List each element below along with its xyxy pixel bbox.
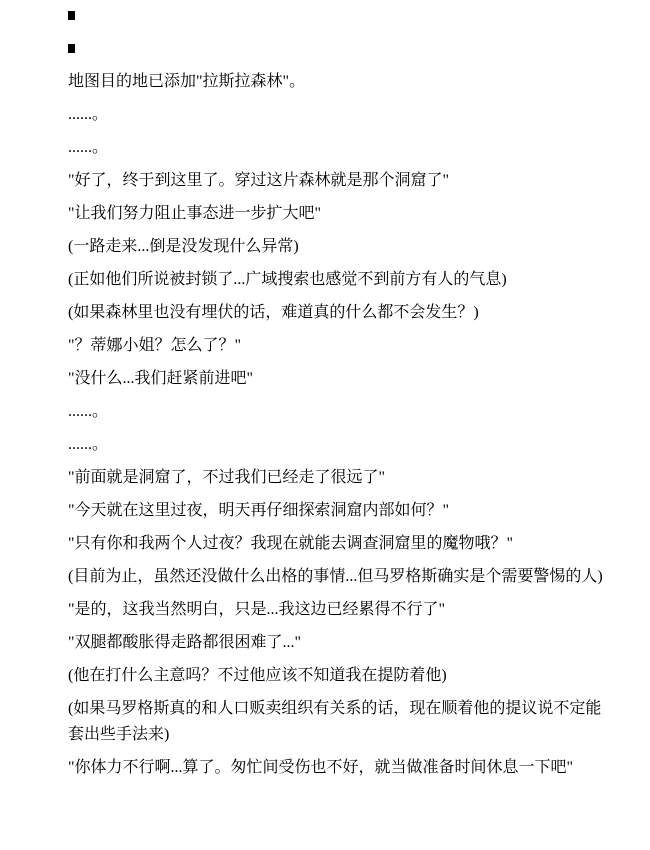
text-line: ......。 (68, 432, 615, 458)
text-line: ......。 (68, 399, 615, 425)
text-line: (目前为止，虽然还没做什么出格的事情...但马罗格斯确实是个需要警惕的人) (68, 564, 615, 590)
text-line: "今天就在这里过夜，明天再仔细探索洞窟内部如何？" (68, 498, 615, 524)
text-line: ......。 (68, 102, 615, 128)
text-line: "你体力不行啊...算了。匆忙间受伤也不好，就当做准备时间休息一下吧" (68, 755, 615, 781)
text-line: "前面就是洞窟了，不过我们已经走了很远了" (68, 465, 615, 491)
text-line: "？蒂娜小姐？怎么了？" (68, 333, 615, 359)
text-line: "好了，终于到这里了。穿过这片森林就是那个洞窟了" (68, 168, 615, 194)
text-line: "双腿都酸胀得走路都很困难了..." (68, 630, 615, 656)
text-line: (如果森林里也没有埋伏的话，难道真的什么都不会发生？) (68, 300, 615, 326)
text-line: "让我们努力阻止事态进一步扩大吧" (68, 201, 615, 227)
text-line: "只有你和我两个人过夜？我现在就能去调查洞窟里的魔物哦？" (68, 531, 615, 557)
document-page: 地图目的地已添加"拉斯拉森林"。......。......。"好了，终于到这里了… (0, 0, 650, 781)
text-line: (一路走来...倒是没发现什么异常) (68, 234, 615, 260)
glyph-marker-line (68, 36, 615, 62)
glyph-marker-line (68, 3, 615, 29)
text-line: (他在打什么主意吗？不过他应该不知道我在提防着他) (68, 663, 615, 689)
text-line: "是的，这我当然明白，只是...我这边已经累得不行了" (68, 597, 615, 623)
text-line: (如果马罗格斯真的和人口贩卖组织有关系的话，现在顺着他的提议说不定能套出些手法来… (68, 696, 615, 748)
text-line: (正如他们所说被封锁了...广域搜索也感觉不到前方有人的气息) (68, 267, 615, 293)
text-line: 地图目的地已添加"拉斯拉森林"。 (68, 69, 615, 95)
text-line: "没什么...我们赶紧前进吧" (68, 366, 615, 392)
text-line: ......。 (68, 135, 615, 161)
black-square-icon (68, 44, 75, 53)
black-square-icon (68, 11, 75, 20)
